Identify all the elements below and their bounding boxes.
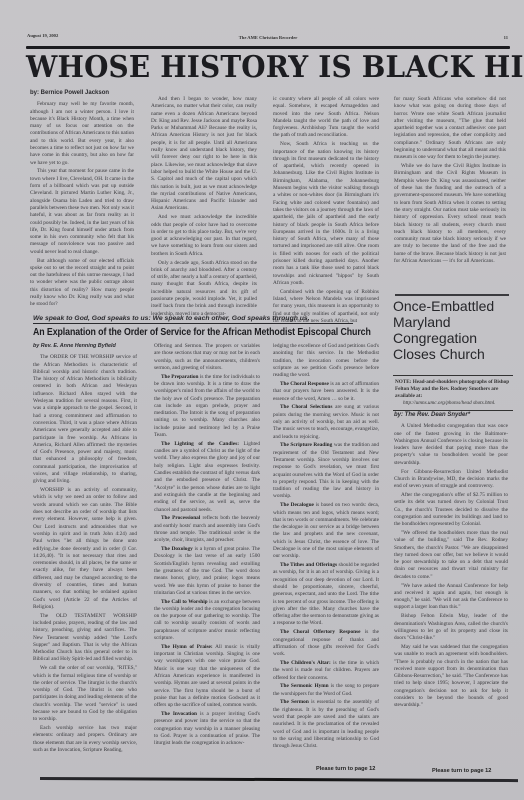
page-number: 11 [504, 35, 508, 40]
paragraph: The OLD TESTAMENT WORSHIP included prais… [33, 613, 137, 664]
paragraph: We call the order of our worship, "RITES… [33, 665, 137, 723]
paragraph: The Children's Altar: is the time in whi… [273, 660, 379, 682]
article2-byline: by Rev. E. Anne Henning Byfield [33, 343, 137, 350]
article2-headline: An Explanation of the Order of Service f… [33, 327, 341, 338]
paragraph: Offering and Sermon. The propers or vari… [154, 343, 260, 372]
paragraph: A United Methodist congregation that was… [394, 423, 508, 467]
paragraph: The Choral Offertory Response is the con… [273, 629, 379, 658]
term-tithes-offerings: The Tithes and Offerings [280, 562, 337, 568]
note-text: NOTE: Head-and-shoulders photographs of … [395, 379, 509, 399]
term-scripture-reading: The Scripture Reading [280, 442, 332, 448]
paragraph: The Scripture Reading was the tradition … [273, 442, 379, 500]
paragraph: The Call to Worship is an exchange betwe… [154, 599, 260, 643]
note-url-link[interactable]: http://umns.umc.org/photos/head shots.ht… [395, 400, 511, 407]
term-processional: The Processional [161, 515, 200, 521]
masthead: August 19, 2002 The AME Christian Record… [26, 33, 510, 45]
term-choral-response: The Choral Response [280, 381, 329, 387]
article-headline-black-history: WHOSE HISTORY IS BLACK HISTORY? [26, 50, 476, 86]
paragraph: ic country where all people of all color… [273, 96, 379, 140]
paragraph: And we must acknowledge the incredible o… [151, 214, 257, 258]
masthead-rule [26, 46, 510, 49]
paragraph: This year that moment for pause came in … [30, 168, 134, 256]
term-lighting-candles: The Lighting of the Candles: [161, 441, 239, 447]
paragraph: May said he was saddened that the congre… [394, 644, 508, 710]
term-hymn-of-praise: The Hymn of Praise: [161, 644, 213, 650]
term-decalogue: The Decalogue [280, 502, 314, 508]
article1-column-1: by: Bernice Powell Jackson February may … [30, 90, 134, 310]
paragraph: While we do have the Civil Rights Instit… [394, 163, 506, 265]
paragraph: And then I began to wonder, how many Ame… [151, 96, 257, 213]
paragraph: "We offered the bondholders more than th… [394, 530, 508, 581]
paragraph: The Preparation is the time for individu… [154, 374, 260, 440]
sidebar-rule [395, 294, 509, 296]
article3-headline: Once-Embattled Maryland Congregation Clo… [393, 298, 523, 362]
term-invocation: The Invocation [161, 711, 197, 717]
photo-note-box: NOTE: Head-and-shoulders photographs of … [393, 375, 513, 411]
publication-name: The AME Christian Recorder [26, 35, 510, 40]
article2-continued-link[interactable]: Please turn to page 12 [316, 766, 375, 772]
article2-column-1: by Rev. E. Anne Henning Byfield The ORDE… [33, 343, 137, 756]
paragraph: The Doxology is a hymn of great praise. … [154, 546, 260, 597]
paragraph: The Sermonic Hymn is the song to prepare… [273, 683, 379, 698]
paragraph: The Decalogue is based on two words: dec… [273, 502, 379, 560]
term-sermon: The Sermon [280, 699, 309, 705]
paragraph: The Invocation is a prayer inviting God'… [154, 711, 260, 747]
term-choral-selections: The Choral Selections [280, 404, 332, 410]
paragraph: The Hymn of Praise: All music is vitally… [154, 644, 260, 710]
paragraph: Bishop Felton Edwin May, leader of the d… [394, 613, 508, 642]
bottom-rule [40, 777, 518, 782]
paragraph: The Sermon is essential to the assembly … [273, 699, 379, 750]
article1-column-2: And then I began to wonder, how many Ame… [151, 96, 257, 319]
paragraph: The Processional reflects both the heave… [154, 515, 260, 544]
paragraph: Each worship service has two major eleme… [33, 725, 137, 754]
article2-column-2: Offering and Sermon. The propers or vari… [154, 343, 260, 749]
term-childrens-altar: The Children's Altar: [280, 660, 331, 666]
paragraph: ledging the excellence of God and petiti… [273, 343, 379, 379]
term-choral-offertory: The Choral Offertory Response [280, 629, 360, 635]
paragraph: WORSHIP is an activity of community, whi… [33, 487, 137, 611]
paragraph: But although some of our elected officia… [30, 258, 134, 309]
newspaper-page: August 19, 2002 The AME Christian Record… [0, 0, 524, 800]
term-doxology: The Doxology [161, 546, 193, 552]
paragraph: for many South Africans who somehow did … [394, 96, 506, 162]
article1-column-3: ic country where all people of all color… [273, 96, 379, 327]
term-call-to-worship: The Call to Worship [161, 599, 208, 605]
article1-column-4: for many South Africans who somehow did … [394, 96, 506, 267]
paragraph: After the congregation's offer of $2.75 … [394, 492, 508, 528]
paragraph: February may well be my favorite month, … [30, 101, 134, 167]
paragraph: Now, South Africa is teaching us the imp… [273, 141, 379, 287]
article2-column-3: ledging the excellence of God and petiti… [273, 343, 379, 752]
paragraph: The Tithes and Offerings should be regar… [273, 562, 379, 628]
paragraph: "We have asked the Annual Conference for… [394, 583, 508, 612]
paragraph: For Gibbons-Resurrection United Methodis… [394, 469, 508, 491]
article3-body: by: The Rev. Dean Snyder* A United Metho… [394, 412, 508, 711]
term-sermonic-hymn: The Sermonic Hymn [280, 683, 329, 689]
term-preparation: The Preparation [161, 374, 198, 380]
article3-continued-link[interactable]: Please turn to page 12 [432, 768, 491, 774]
paragraph: Only a decade ago, South Africa stood on… [151, 260, 257, 318]
paragraph: The ORDER OF THE WORSHIP service of the … [33, 354, 137, 485]
paragraph: The Choral Response is an act of affirma… [273, 381, 379, 403]
article2-tagline: We speak to God, God speaks to us: We sp… [33, 315, 353, 324]
article3-byline: by: The Rev. Dean Snyder* [394, 412, 508, 419]
paragraph: The Lighting of the Candles: Lighted can… [154, 441, 260, 514]
article1-byline: by: Bernice Powell Jackson [30, 90, 134, 97]
paragraph: The Choral Selections are sung at variou… [273, 404, 379, 440]
